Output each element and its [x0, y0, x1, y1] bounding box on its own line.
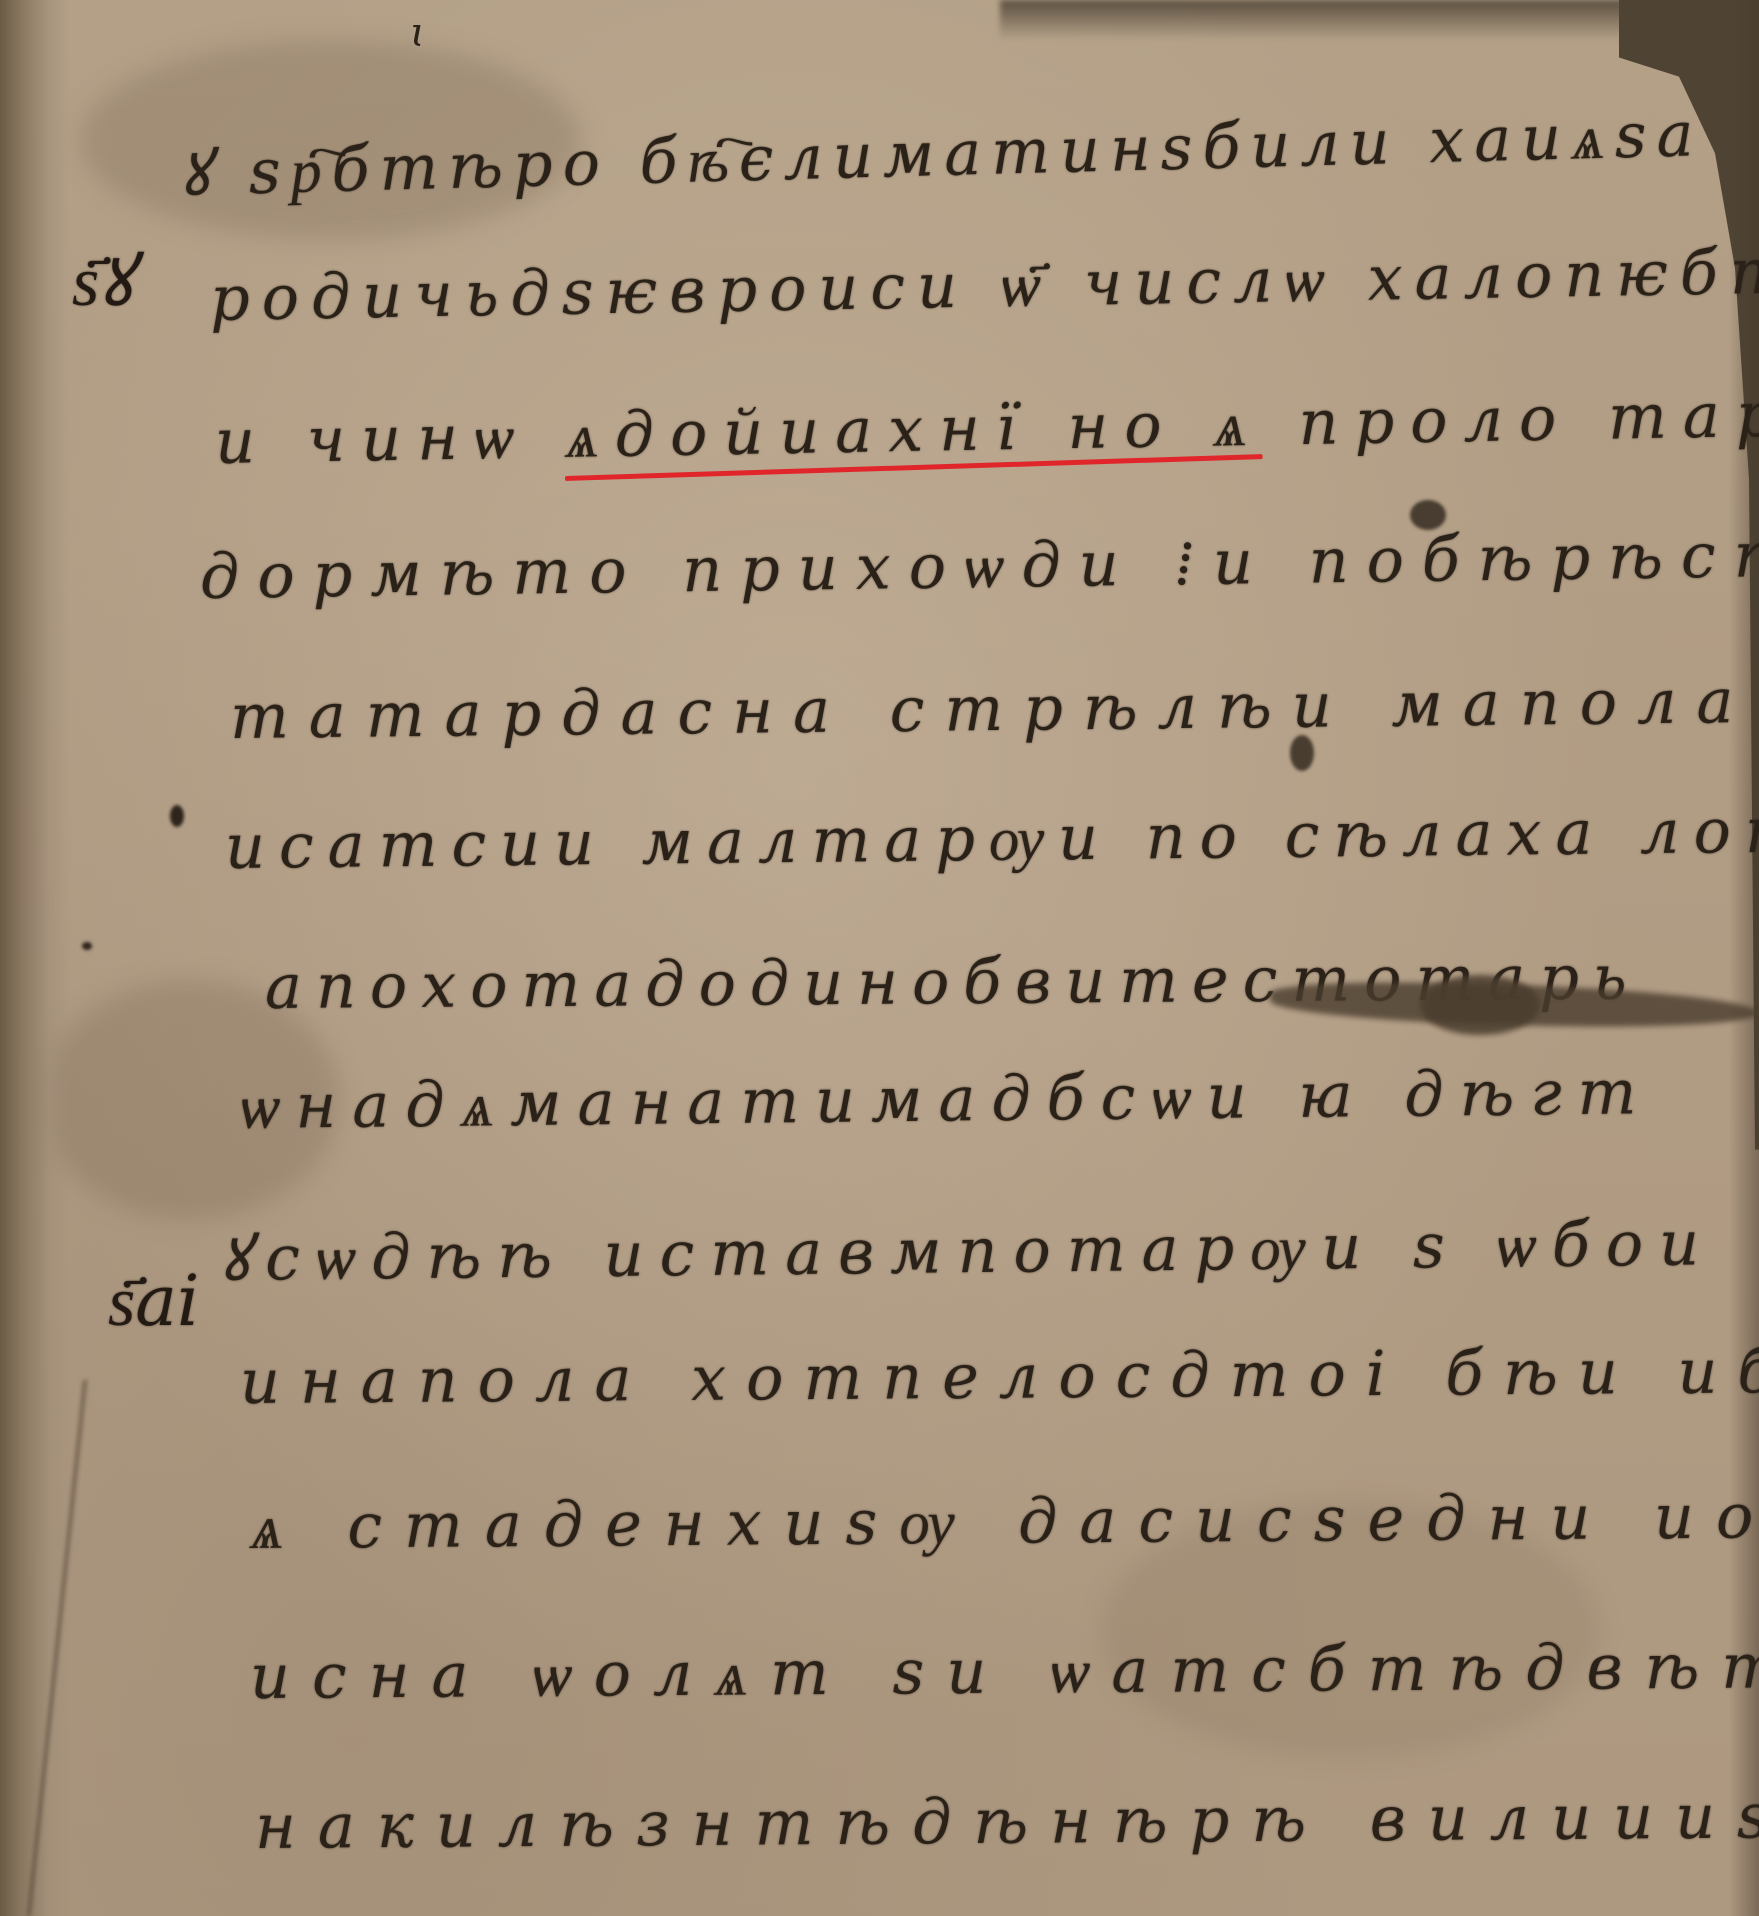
manuscript-line: дормѣто прихоѡди ⁞и побѣрѣсѣвъ: [199, 516, 1759, 614]
manuscript-line: родичьдѕѥвроиси ѡ҃ числѡ халопѥбтно: [209, 232, 1759, 336]
top-fold-shadow: [1000, 0, 1650, 40]
manuscript-page: ѕ҃ꙋ ѕ҃аі ꙇ ꙋ ѕр҇бтѣро бѣ҇єлиматинѕбили х…: [0, 0, 1759, 1916]
manuscript-line: ꙋсѡдѣѣ иставмпотарѹи ѕ ѡбои: [220, 1199, 1716, 1299]
superscript-mark: ꙇ: [410, 10, 426, 56]
ink-spot: [170, 805, 184, 827]
manuscript-line: ѡнадѧманатимадбсѡи ꙗ дѣгт: [240, 1055, 1653, 1144]
manuscript-line: исатсии малтарѹи по сѣлаха лоптко: [225, 792, 1759, 884]
ink-spot: [82, 942, 92, 950]
manuscript-line: татардасна стрѣлѣи мапола: [230, 664, 1754, 753]
ink-blot: [1420, 975, 1540, 1035]
margin-number: ѕ҃ꙋ: [72, 230, 132, 326]
manuscript-line: ѧ стаденхиѕѹ дасисѕедни ио: [250, 1479, 1759, 1564]
manuscript-line: исна ѡолѧт ѕи ѡатсбтѣдвѣти: [250, 1629, 1759, 1714]
ink-spot: [1410, 500, 1446, 530]
ink-spot: [1290, 735, 1314, 771]
manuscript-line: инапола хотпелосдтоі бѣи ибсѣ: [240, 1333, 1759, 1418]
manuscript-line: накилѣзнтѣдѣнѣрѣ вилиииѕ: [255, 1779, 1759, 1863]
margin-number: ѕ҃аі: [108, 1260, 199, 1343]
